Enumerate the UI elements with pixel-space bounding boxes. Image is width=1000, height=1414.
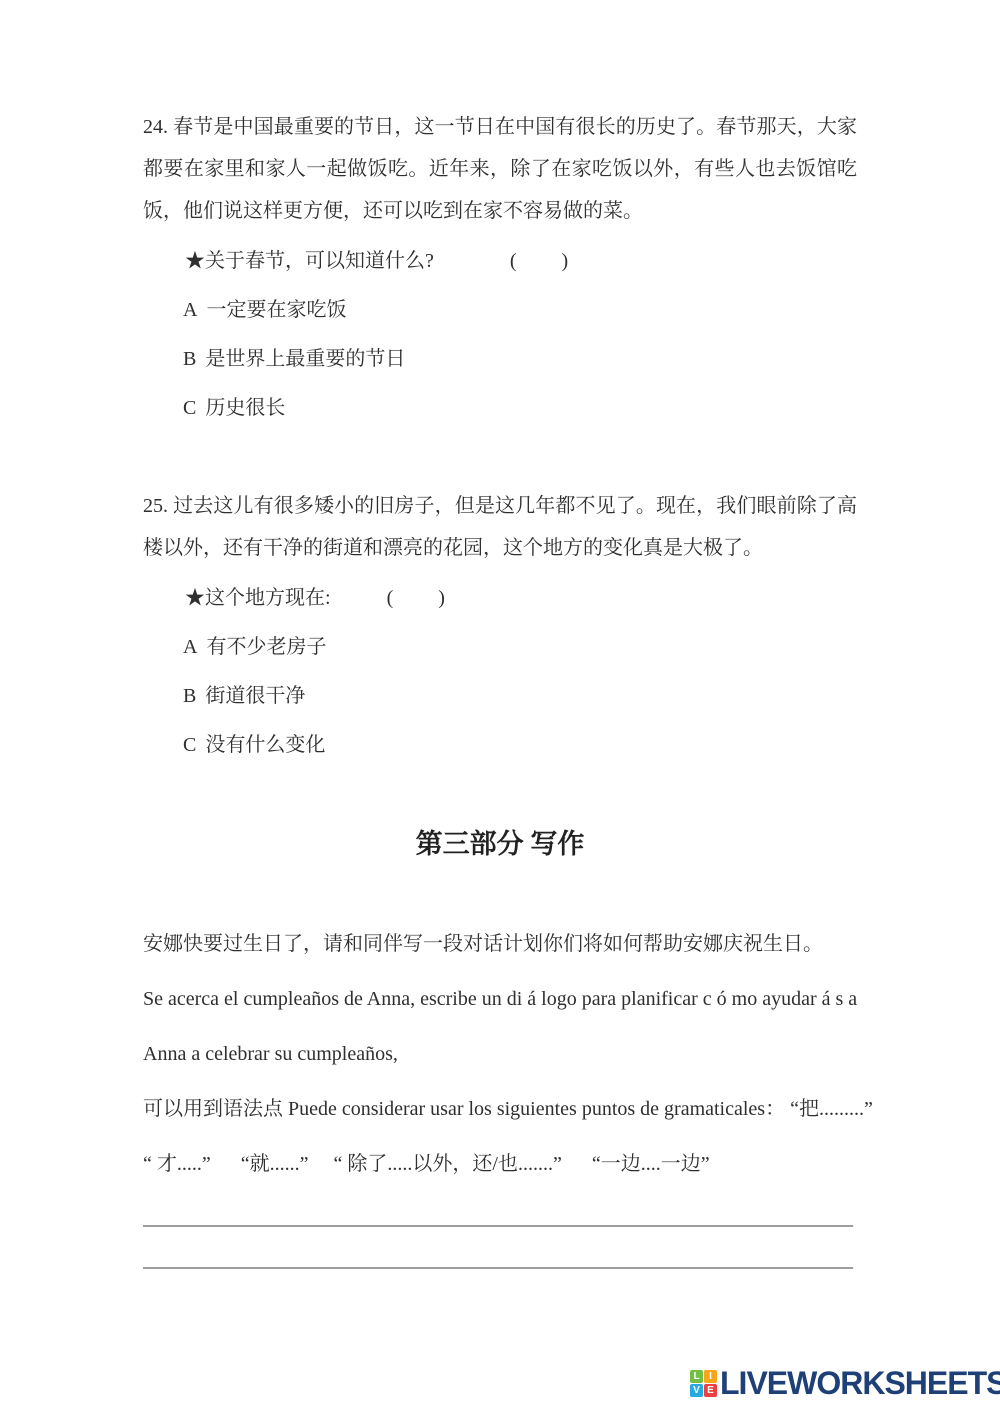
question-25-prompt: ★这个地方现在: xyxy=(185,587,331,609)
question-25-answer-bracket[interactable]: ( ) xyxy=(387,587,445,609)
question-25-option-b[interactable]: B街道很干净 xyxy=(143,675,857,717)
writing-instruction-zh: 安娜快要过生日了，请和同伴写一段对话计划你们将如何帮助安娜庆祝生日。 xyxy=(143,923,857,965)
question-24: 24. 春节是中国最重要的节日，这一节日在中国有很长的历史了。春节那天，大家都要… xyxy=(143,106,857,429)
writing-instruction-es-2: Anna a celebrar su cumpleaños, xyxy=(143,1033,857,1075)
option-label: A xyxy=(183,636,197,658)
option-label: B xyxy=(183,348,196,370)
writing-instruction-es-1: Se acerca el cumpleaños de Anna, escribe… xyxy=(143,978,857,1020)
question-25-option-a[interactable]: A有不少老房子 xyxy=(143,626,857,668)
question-25-passage: 25. 过去这儿有很多矮小的旧房子，但是这几年都不见了。现在，我们眼前除了高楼以… xyxy=(143,485,857,569)
writing-answer-line-1[interactable]: ________________________________________… xyxy=(143,1197,857,1239)
question-24-prompt-line: ★关于春节，可以知道什么?( ) xyxy=(143,240,857,282)
question-24-answer-bracket[interactable]: ( ) xyxy=(510,250,568,272)
option-label: A xyxy=(183,299,197,321)
worksheet-content: 24. 春节是中国最重要的节日，这一节日在中国有很长的历史了。春节那天，大家都要… xyxy=(143,0,857,1281)
option-text: 有不少老房子 xyxy=(206,636,326,658)
question-24-option-c[interactable]: C历史很长 xyxy=(143,387,857,429)
logo-cell-i: I xyxy=(704,1370,717,1383)
option-label: B xyxy=(183,685,196,707)
liveworksheets-wordmark: LIVEWORKSHEETS xyxy=(720,1366,1000,1400)
question-24-passage: 24. 春节是中国最重要的节日，这一节日在中国有很长的历史了。春节那天，大家都要… xyxy=(143,106,857,232)
writing-grammar-intro: 可以用到语法点 Puede considerar usar los siguie… xyxy=(143,1088,857,1130)
question-24-option-a[interactable]: A一定要在家吃饭 xyxy=(143,289,857,331)
option-label: C xyxy=(183,397,196,419)
section-heading-writing: 第三部分 写作 xyxy=(143,824,857,864)
question-25-option-c[interactable]: C没有什么变化 xyxy=(143,724,857,766)
option-text: 一定要在家吃饭 xyxy=(206,299,346,321)
logo-cell-e: E xyxy=(704,1384,717,1397)
worksheet-page: 24. 春节是中国最重要的节日，这一节日在中国有很长的历史了。春节那天，大家都要… xyxy=(0,0,1000,1414)
writing-grammar-points: “ 才.....” “就......” “ 除了.....以外，还/也.....… xyxy=(143,1143,857,1185)
option-text: 没有什么变化 xyxy=(205,734,325,756)
writing-answer-line-2[interactable]: ________________________________________… xyxy=(143,1239,857,1281)
question-25: 25. 过去这儿有很多矮小的旧房子，但是这几年都不见了。现在，我们眼前除了高楼以… xyxy=(143,485,857,766)
question-25-prompt-line: ★这个地方现在:( ) xyxy=(143,577,857,619)
question-24-prompt: ★关于春节，可以知道什么? xyxy=(185,250,434,272)
option-text: 街道很干净 xyxy=(205,685,305,707)
liveworksheets-grid-icon: L I V E xyxy=(690,1370,717,1397)
question-24-option-b[interactable]: B是世界上最重要的节日 xyxy=(143,338,857,380)
option-text: 历史很长 xyxy=(205,397,285,419)
option-label: C xyxy=(183,734,196,756)
liveworksheets-logo[interactable]: L I V E LIVEWORKSHEETS xyxy=(690,1366,1000,1400)
logo-cell-l: L xyxy=(690,1370,703,1383)
option-text: 是世界上最重要的节日 xyxy=(205,348,405,370)
writing-section: 安娜快要过生日了，请和同伴写一段对话计划你们将如何帮助安娜庆祝生日。 Se ac… xyxy=(143,923,857,1281)
logo-cell-v: V xyxy=(690,1384,703,1397)
